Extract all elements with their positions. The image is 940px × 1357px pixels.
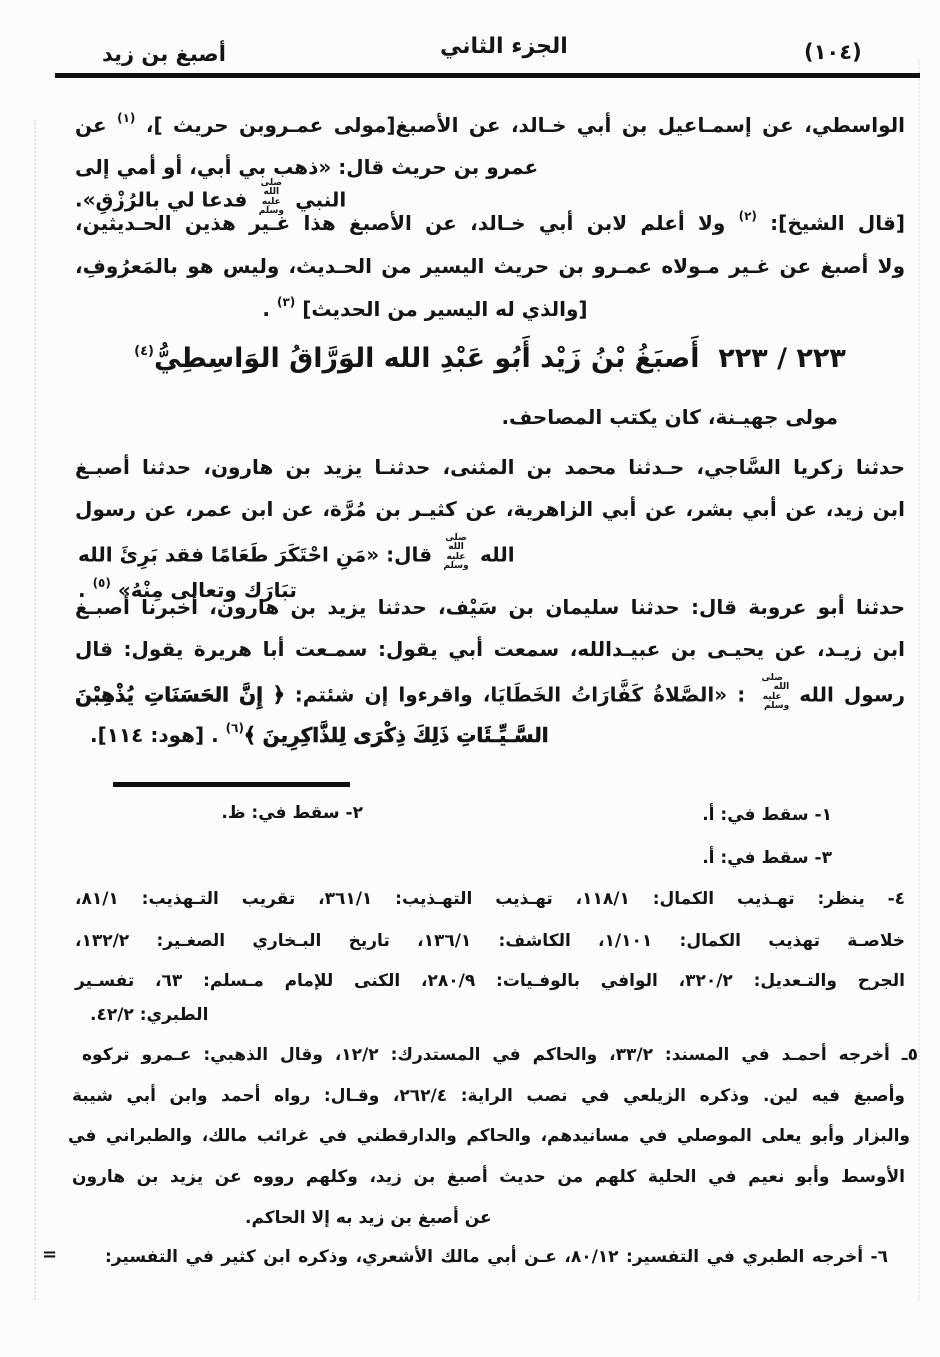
body-text: ولا أعلم لابن أبي خـالد، عن الأصبغ هذا غ… [75, 211, 739, 235]
saw-mark: صلى اللهعليه وسلم [439, 534, 473, 572]
footnote-ref: (٤) [134, 344, 154, 359]
entry-name: أَصبَغُ بْنُ زَيْد أَبُو عَبْدِ الله الو… [154, 343, 700, 374]
footnote-line: عن أصبغ بن زيد به إلا الحاكم. [245, 1205, 492, 1231]
saw-mark: صلى اللهعليه وسلم [755, 674, 789, 712]
body-text: الواسطي، عن إسمـاعيل بن أبي خـالد، عن ال… [135, 113, 905, 137]
entry-number: ٢٢٣ / ٢٢٣ [718, 343, 846, 374]
body-text: عن [75, 113, 117, 137]
page-number: (١٠٤) [804, 40, 862, 72]
scan-artifact-line [34, 120, 36, 1300]
paragraph-line: حدثنا زكريا السَّاجي، حـدثنا محمد بن الم… [75, 452, 905, 482]
saw-mark-top: صلى الله [439, 534, 473, 553]
paragraph-line: الواسطي، عن إسمـاعيل بن أبي خـالد، عن ال… [75, 110, 905, 140]
quran-quote: السَّـيِّـئَاتِ ذَلِكَ ذِكْرَى لِلذَّاكِ… [244, 723, 549, 747]
paragraph-line: رسول الله صلى اللهعليه وسلم : «الصَّلاةُ… [75, 677, 905, 715]
book-page: (١٠٤) الجزء الثاني أصبغ بن زيد الواسطي، … [0, 0, 940, 1357]
footnote: ٢- سقط في: ظ. [221, 800, 363, 826]
entry-subheading: مولى جهيـنة، كان يكتب المصاحف. [501, 402, 838, 432]
paragraph-line: السَّـيِّـئَاتِ ذَلِكَ ذِكْرَى لِلذَّاكِ… [90, 720, 570, 750]
saw-mark-top: صلى الله [755, 674, 789, 693]
scan-artifact-line [918, 60, 920, 1300]
body-text: الله [473, 542, 515, 566]
saw-mark-bottom: عليه وسلم [755, 693, 789, 712]
paragraph-line: ولا أصبغ عن غـير مـولاه عمـرو بن حريث ال… [75, 251, 905, 281]
footnote-line: الطبري: ٤٢/٢. [90, 1002, 208, 1028]
saw-mark-bottom: عليه وسلم [439, 553, 473, 572]
paragraph-line: ابن زيد، عن أبي بشر، عن أبي الزاهرية، عن… [75, 494, 905, 524]
saw-mark-top: صلى الله [254, 179, 288, 198]
footnote-line: خلاصـة تهذيب الكمال: ١/١٠١، الكاشف: ١٣٦/… [75, 928, 905, 954]
continuation-mark: = [42, 1244, 57, 1265]
footnote-ref: (٢) [739, 209, 757, 223]
body-text: [والذي له اليسير من الحديث] [295, 297, 587, 321]
body-text: [قال الشيخ]: [757, 211, 905, 235]
quran-quote: ﴿ إِنَّ الحَسَنَاتِ يُذْهِبْنَ [75, 682, 285, 706]
entry-heading: ٢٢٣ / ٢٢٣ أَصبَغُ بْنُ زَيْد أَبُو عَبْد… [75, 336, 905, 382]
running-title: أصبغ بن زيد [102, 42, 226, 74]
footnote-ref: (٣) [277, 295, 295, 309]
header-rule [55, 73, 920, 78]
footnote-line: وأصبغ فيه لين. وذكره الزيلعي في نصب الرا… [72, 1083, 905, 1109]
footnote-separator [113, 782, 350, 787]
footnote: ٣- سقط في: أ. [702, 845, 832, 871]
footnote-line: الأوسط وأبو نعيم في الحلية كلهم من حديث … [72, 1164, 905, 1190]
body-text: . [هود: ١١٤]. [90, 723, 226, 747]
paragraph-line: [قال الشيخ]: (٢) ولا أعلم لابن أبي خـالد… [75, 208, 905, 238]
footnote-ref: (١) [117, 111, 135, 125]
footnote: ١- سقط في: أ. [702, 802, 832, 828]
paragraph-line: ابن زيـد، عن يحيـى بن عبيـدالله، سمعت أب… [75, 634, 905, 664]
footnote-line: ٥ـ أخرجه أحمـد في المسند: ٣٣/٢، والحاكم … [82, 1042, 918, 1068]
footnote-ref: (٦) [226, 721, 244, 735]
body-text: رسول الله [789, 682, 905, 706]
footnote-line: ٦- أخرجه الطبري في التفسير: ٨٠/١٢، عـن أ… [105, 1244, 888, 1270]
footnote-line: والبزار وأبو يعلى الموصلي في مسانيدهم، و… [68, 1123, 910, 1149]
paragraph-line: [والذي له اليسير من الحديث] (٣) . [75, 294, 775, 324]
part-title: الجزء الثاني [440, 34, 568, 66]
body-text: . [262, 297, 277, 321]
footnote-line: الجرح والتـعديل: ٣٢٠/٢، الوافي بالوفـيات… [75, 968, 905, 994]
paragraph-line: حدثنا أبو عروبة قال: حدثنا سليمان بن سَي… [75, 592, 905, 622]
footnote-line: ٤- ينظر: تهـذيب الكمال: ١١٨/١، تهـذيب ال… [75, 886, 905, 912]
hadith-text: : «الصَّلاةُ كَفَّارَاتُ الخَطَايَا، واق… [285, 682, 756, 706]
footnote-ref: (٥) [93, 576, 111, 590]
